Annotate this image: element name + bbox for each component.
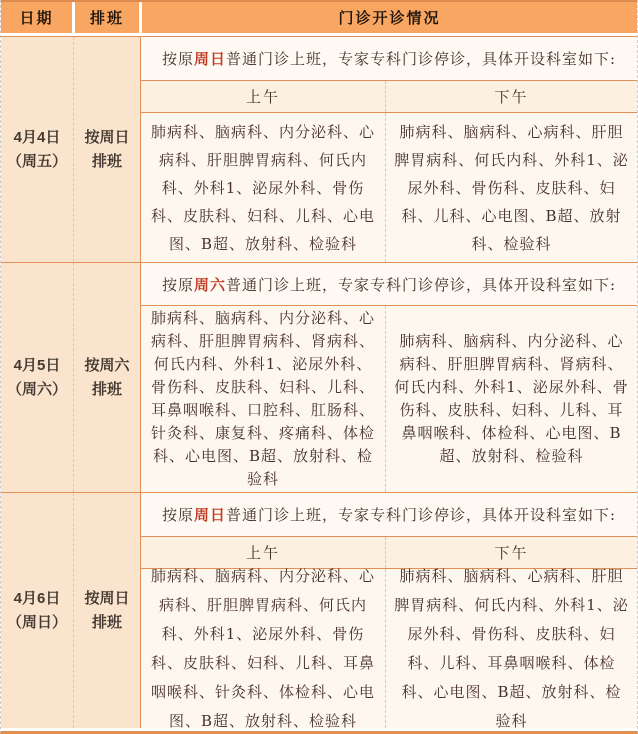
note-day-highlight: 周日 [194, 506, 226, 524]
weekday-label: （周五） [7, 150, 67, 174]
note-suffix: 普通门诊上班，专家专科门诊停诊，具体开设科室如下: [226, 50, 616, 68]
schedule-note: 按原周六普通门诊上班，专家专科门诊停诊，具体开设科室如下: [141, 263, 637, 306]
note-day-highlight: 周六 [194, 276, 226, 294]
date-label: 4月5日 [14, 354, 61, 378]
afternoon-department-list: 肺病科、脑病科、内分泌科、心病科、肝胆脾胃病科、肾病科、何氏内科、外科1、泌尿外… [386, 306, 637, 492]
afternoon-department-list: 肺病科、脑病科、心病科、肝胆脾胃病科、何氏内科、外科1、泌尿外科、骨伤科、皮肤科… [386, 113, 637, 262]
date-cell: 4月5日 （周六） [1, 263, 74, 492]
schedule-label-line2: 排班 [92, 611, 122, 635]
schedule-cell: 按周日 排班 [74, 493, 141, 728]
column-header-clinic-status: 门诊开诊情况 [142, 2, 637, 33]
date-label: 4月6日 [14, 587, 61, 611]
column-header-schedule: 排班 [75, 2, 139, 33]
table-header-row: 日期 排班 门诊开诊情况 [1, 0, 637, 33]
schedule-cell: 按周日 排班 [74, 37, 141, 262]
afternoon-department-list: 肺病科、脑病科、心病科、肝胆脾胃病科、何氏内科、外科1、泌尿外科、骨伤科、皮肤科… [386, 569, 637, 728]
schedule-cell: 按周六 排班 [74, 263, 141, 492]
department-lists-row: 肺病科、脑病科、内分泌科、心病科、肝胆脾胃病科、何氏内科、外科1、泌尿外科、骨伤… [141, 569, 637, 728]
clinic-status-column: 按原周日普通门诊上班，专家专科门诊停诊，具体开设科室如下: 上午 下午 肺病科、… [141, 493, 637, 728]
clinic-status-column: 按原周日普通门诊上班，专家专科门诊停诊，具体开设科室如下: 上午 下午 肺病科、… [141, 37, 637, 262]
note-prefix: 按原 [162, 506, 194, 524]
date-cell: 4月6日 （周日） [1, 493, 74, 728]
morning-header: 上午 [141, 81, 386, 112]
schedule-label-line1: 按周六 [84, 354, 129, 378]
table-row-apr-4: 4月4日 （周五） 按周日 排班 按原周日普通门诊上班，专家专科门诊停诊，具体开… [1, 37, 637, 262]
note-prefix: 按原 [162, 50, 194, 68]
morning-department-list: 肺病科、脑病科、内分泌科、心病科、肝胆脾胃病科、何氏内科、外科1、泌尿外科、骨伤… [141, 113, 386, 262]
date-label: 4月4日 [14, 126, 61, 150]
clinic-status-column: 按原周六普通门诊上班，专家专科门诊停诊，具体开设科室如下: 肺病科、脑病科、内分… [141, 263, 637, 492]
schedule-note: 按原周日普通门诊上班，专家专科门诊停诊，具体开设科室如下: [141, 493, 637, 537]
schedule-label-line2: 排班 [92, 378, 122, 402]
schedule-label-line1: 按周日 [84, 587, 129, 611]
morning-department-list: 肺病科、脑病科、内分泌科、心病科、肝胆脾胃病科、肾病科、何氏内科、外科1、泌尿外… [141, 306, 386, 492]
table-body: 4月4日 （周五） 按周日 排班 按原周日普通门诊上班，专家专科门诊停诊，具体开… [1, 36, 637, 731]
department-lists-row: 肺病科、脑病科、内分泌科、心病科、肝胆脾胃病科、肾病科、何氏内科、外科1、泌尿外… [141, 306, 637, 492]
weekday-label: （周日） [7, 611, 67, 635]
schedule-note: 按原周日普通门诊上班，专家专科门诊停诊，具体开设科室如下: [141, 37, 637, 81]
weekday-label: （周六） [7, 378, 67, 402]
afternoon-header: 下午 [386, 81, 637, 112]
note-day-highlight: 周日 [194, 50, 226, 68]
table-row-apr-5: 4月5日 （周六） 按周六 排班 按原周六普通门诊上班，专家专科门诊停诊，具体开… [1, 262, 637, 492]
date-cell: 4月4日 （周五） [1, 37, 74, 262]
column-header-date: 日期 [1, 2, 72, 33]
morning-department-list: 肺病科、脑病科、内分泌科、心病科、肝胆脾胃病科、何氏内科、外科1、泌尿外科、骨伤… [141, 569, 386, 728]
department-lists-row: 肺病科、脑病科、内分泌科、心病科、肝胆脾胃病科、何氏内科、外科1、泌尿外科、骨伤… [141, 113, 637, 262]
note-prefix: 按原 [162, 276, 194, 294]
outpatient-schedule-table: 日期 排班 门诊开诊情况 4月4日 （周五） 按周日 排班 按原周日普通门诊上班… [0, 0, 638, 734]
note-suffix: 普通门诊上班，专家专科门诊停诊，具体开设科室如下: [226, 506, 616, 524]
note-suffix: 普通门诊上班，专家专科门诊停诊，具体开设科室如下: [226, 276, 616, 294]
time-header-row: 上午 下午 [141, 81, 637, 113]
schedule-label-line1: 按周日 [84, 126, 129, 150]
schedule-label-line2: 排班 [92, 150, 122, 174]
table-row-apr-6: 4月6日 （周日） 按周日 排班 按原周日普通门诊上班，专家专科门诊停诊，具体开… [1, 492, 637, 728]
